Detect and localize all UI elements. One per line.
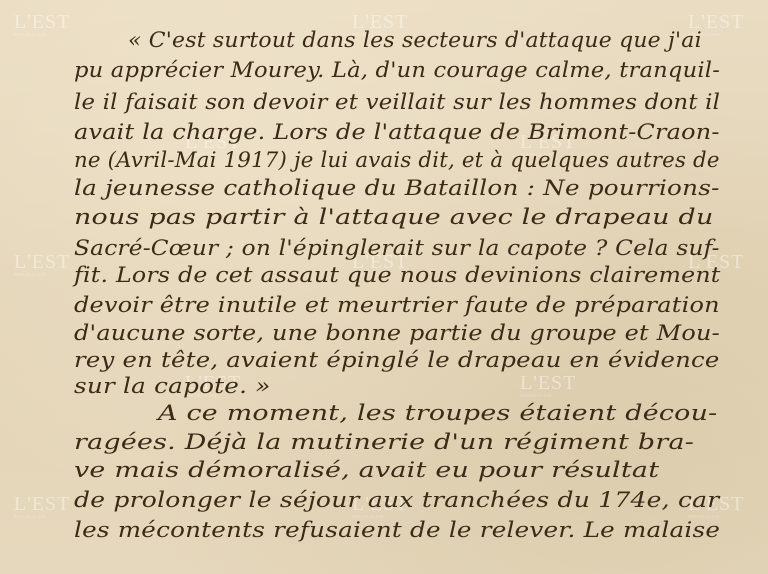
text-line: Sacré-Cœur ; on l'épinglerait sur la cap… (74, 238, 720, 260)
watermark: L'ESTRÉPUBLICAIN (14, 494, 70, 519)
text-line: pu apprécier Mourey. Là, d'un courage ca… (74, 60, 720, 82)
text-line: nous pas partir à l'attaque avec le drap… (74, 207, 714, 229)
text-line: d'aucune sorte, une bonne partie du grou… (74, 323, 720, 345)
text-line: fit. Lors de cet assaut que nous devinio… (74, 265, 721, 287)
text-line: ragées. Déjà la mutinerie d'un régiment … (74, 432, 694, 454)
watermark: L'ESTRÉPUBLICAIN (14, 12, 70, 37)
text-line: de prolonger le séjour aux tranchées du … (74, 490, 719, 512)
text-line: ve mais démoralisé, avait eu pour résult… (74, 460, 659, 482)
text-line: la jeunesse catholique du Bataillon : Ne… (74, 178, 720, 200)
text-line: sur la capote. » (74, 376, 271, 398)
handwritten-letter-page: L'ESTRÉPUBLICAIN L'ESTRÉPUBLICAIN L'ESTR… (0, 0, 768, 574)
text-line: les mécontents refusaient de le relever.… (74, 520, 720, 542)
text-line: A ce moment, les troupes étaient décou- (158, 403, 717, 425)
text-line: devoir être inutile et meurtrier faute d… (74, 295, 720, 317)
watermark: L'ESTRÉPUBLICAIN (14, 252, 70, 277)
text-line: « C'est surtout dans les secteurs d'atta… (128, 30, 720, 52)
watermark: L'ESTRÉPUBLICAIN (520, 373, 576, 398)
text-line: rey en tête, avaient épinglé le drapeau … (74, 350, 720, 372)
text-line: avait la charge. Lors de l'attaque de Br… (74, 122, 720, 144)
text-line: ne (Avril-Mai 1917) je lui avais dit, et… (74, 150, 720, 172)
text-line: le il faisait son devoir et veillait sur… (74, 92, 720, 114)
